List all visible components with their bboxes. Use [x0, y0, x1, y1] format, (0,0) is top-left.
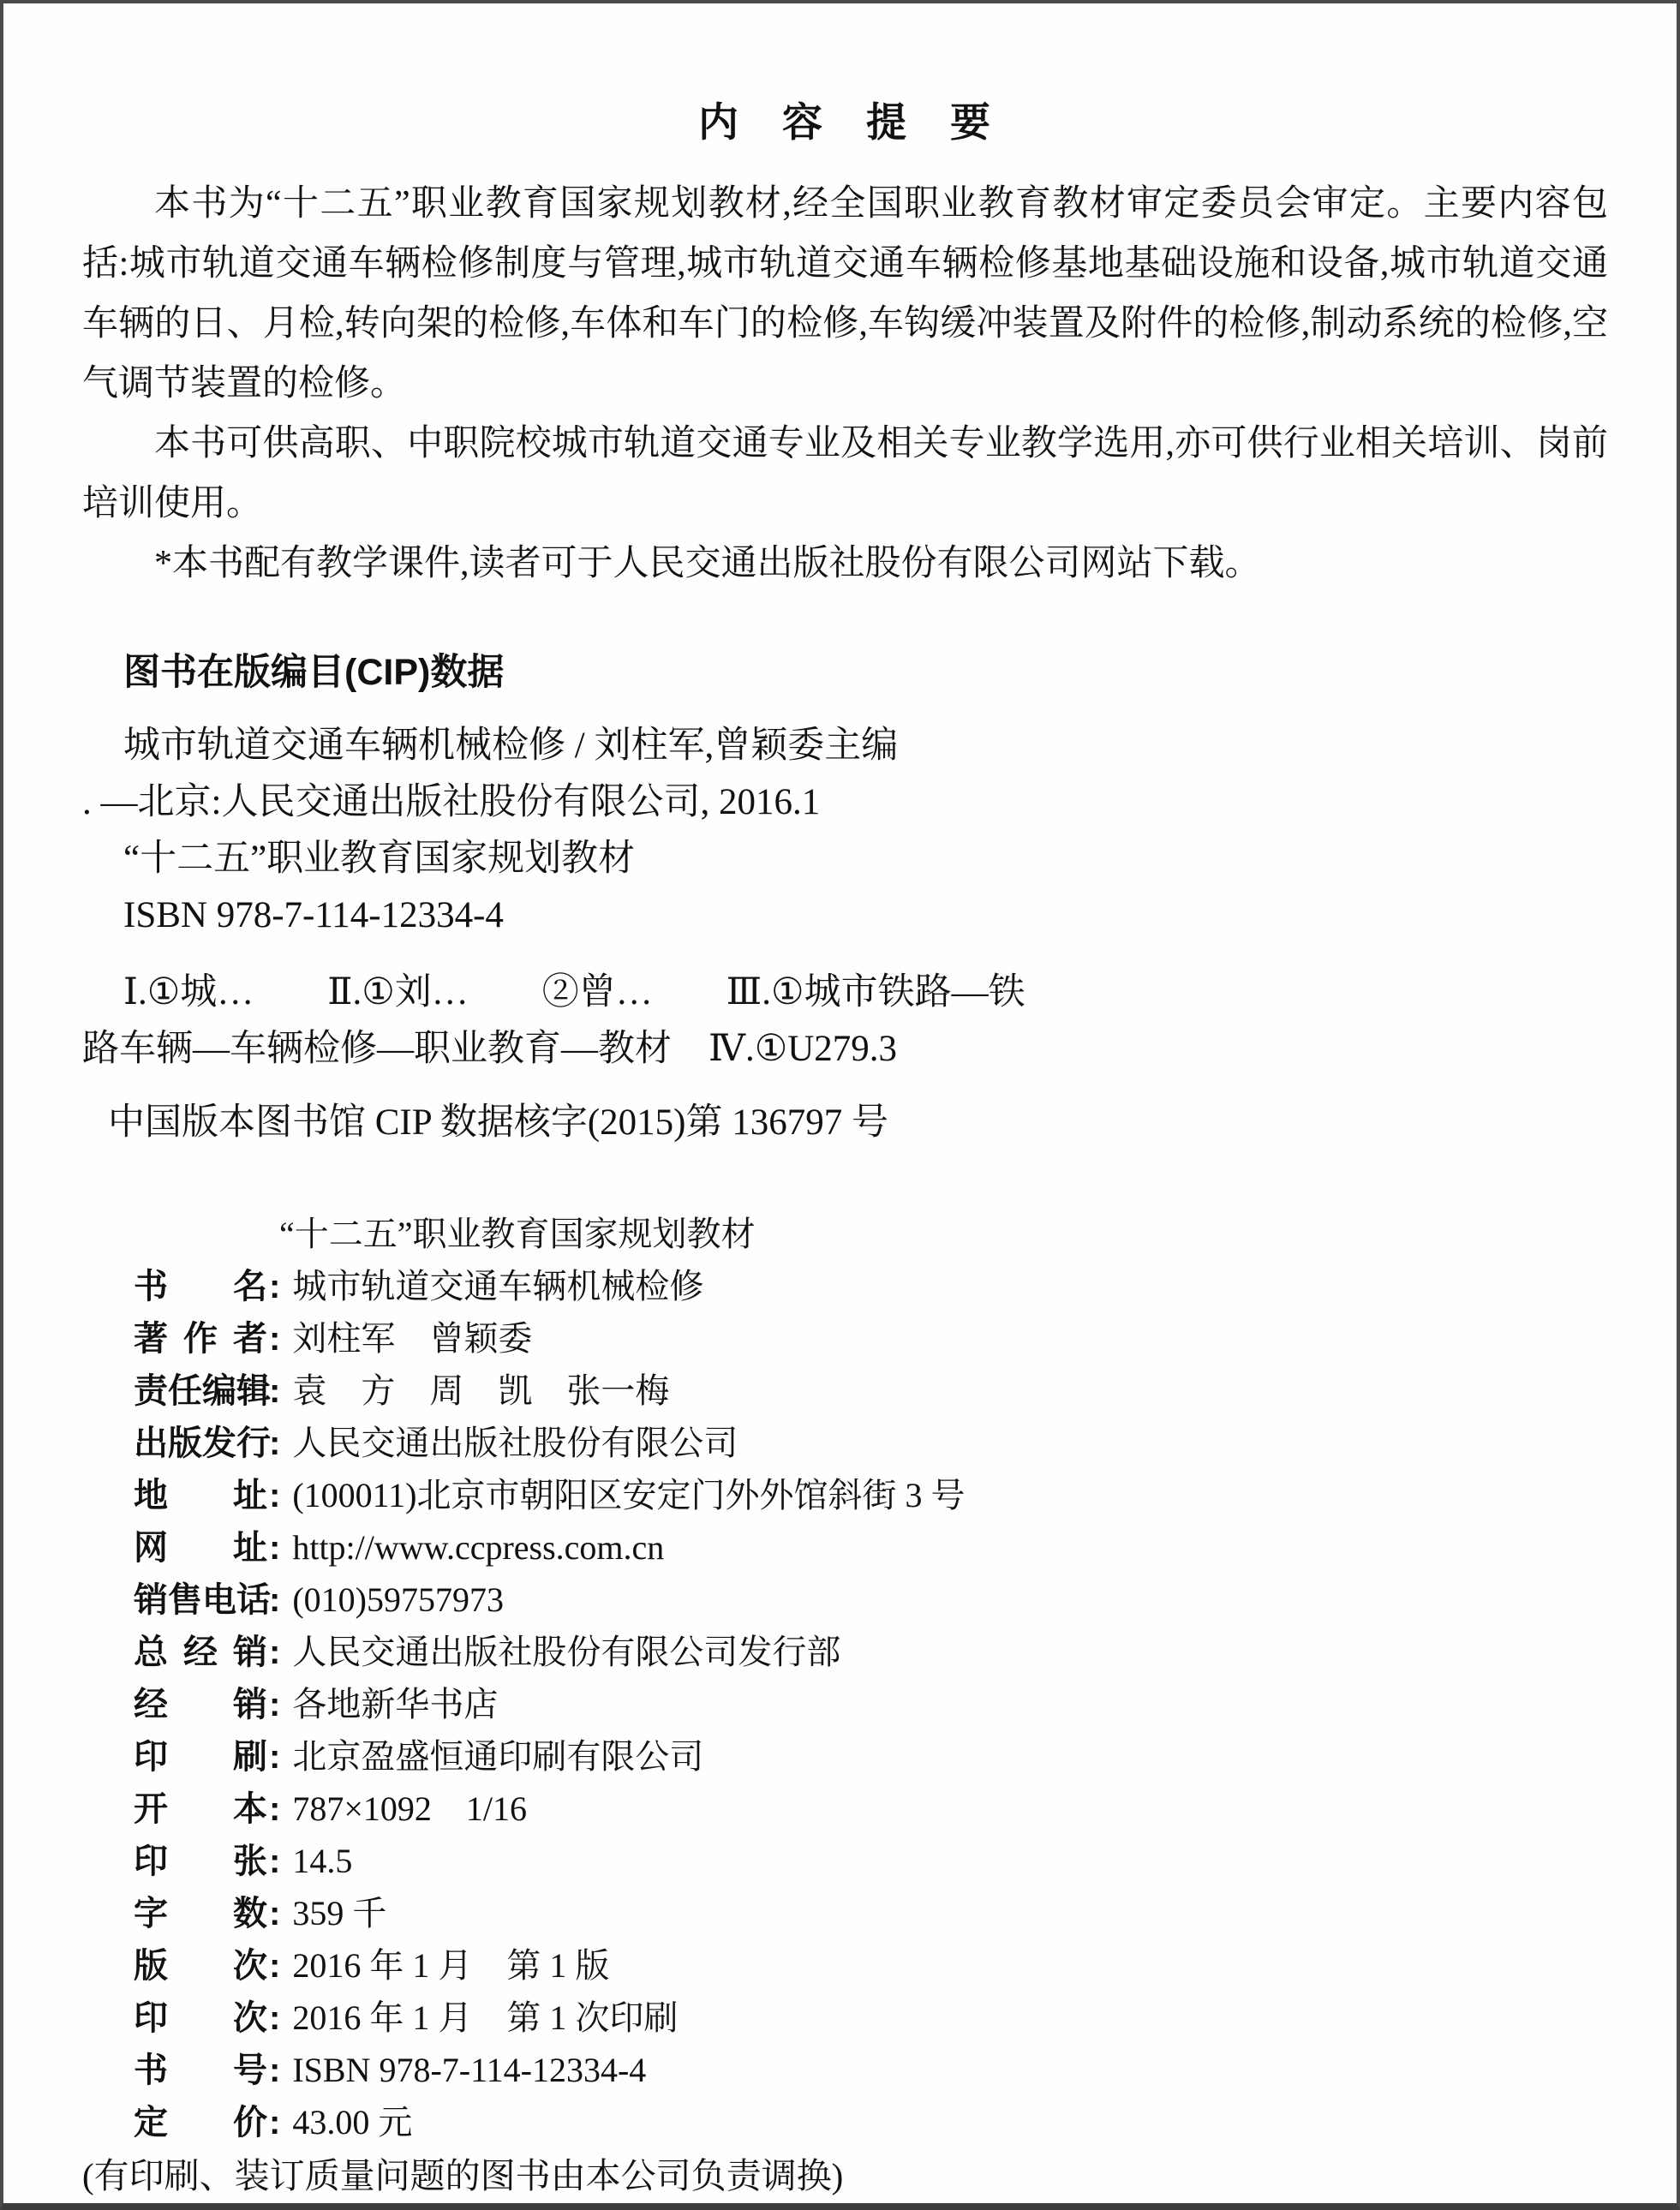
colophon-row-label: 印张 — [134, 1836, 267, 1888]
colophon-row-value: 14.5 — [292, 1835, 352, 1887]
colophon-row-colon: : — [269, 1470, 280, 1522]
colophon-row-value: http://www.ccpress.com.cn — [292, 1521, 664, 1574]
colophon-row-colon: : — [269, 1627, 280, 1679]
colophon-row-value: 人民交通出版社股份有限公司发行部 — [292, 1626, 840, 1678]
colophon-row-label: 印次 — [134, 1992, 267, 2045]
cip-series-line: “十二五”职业教育国家规划教材 — [82, 831, 1608, 887]
colophon-rows: 书名:城市轨道交通车辆机械检修 著作者:刘柱军 曾颖委 责任编辑:袁 方 周 凯… — [82, 1260, 1608, 2148]
colophon-row-colon: : — [269, 2045, 280, 2097]
colophon-row: 印次:2016 年 1 月 第 1 次印刷 — [82, 1992, 1608, 2044]
summary-paragraph-2: 本书可供高职、中职院校城市轨道交通专业及相关专业教学选用,亦可供行业相关培训、岗… — [82, 414, 1608, 534]
colophon-row-value: 787×1092 1/16 — [292, 1783, 527, 1835]
colophon-row-colon: : — [269, 1992, 280, 2045]
content-summary-section: 内 容 提 要 本书为“十二五”职业教育国家规划教材,经全国职业教育教材审定委员… — [82, 91, 1608, 594]
colophon-row-colon: : — [269, 1418, 280, 1470]
cip-title-line: 城市轨道交通车辆机械检修 / 刘柱军,曾颖委主编 — [82, 718, 1608, 774]
colophon-row-colon: : — [269, 1261, 280, 1313]
colophon-row: 总经销:人民交通出版社股份有限公司发行部 — [82, 1626, 1608, 1678]
colophon-row-label: 地址 — [134, 1470, 267, 1522]
colophon-row-value: ISBN 978-7-114-12334-4 — [292, 2044, 646, 2096]
colophon-row: 网址:http://www.ccpress.com.cn — [82, 1521, 1608, 1574]
cip-heading: 图书在版编目(CIP)数据 — [82, 643, 1608, 696]
colophon-row: 书号:ISBN 978-7-114-12334-4 — [82, 2044, 1608, 2096]
colophon-row-value: (010)59757973 — [292, 1574, 504, 1626]
colophon-row-value: 刘柱军 曾颖委 — [292, 1312, 532, 1365]
colophon-row-label: 书名 — [134, 1261, 267, 1313]
colophon-row-label: 著作者 — [134, 1313, 267, 1365]
summary-title: 内 容 提 要 — [82, 91, 1608, 148]
colophon-row-value: 人民交通出版社股份有限公司 — [292, 1417, 738, 1469]
quality-exchange-note: (有印刷、装订质量问题的图书由本公司负责调换) — [82, 2150, 1608, 2202]
colophon-row-colon: : — [269, 2097, 280, 2149]
colophon-row-label: 销售电话 — [134, 1574, 267, 1627]
colophon-row-colon: : — [269, 1836, 280, 1888]
cip-classification-line-2: 路车辆—车辆检修—职业教育—教材 Ⅳ.①U279.3 — [82, 1021, 1608, 1078]
cip-body: 城市轨道交通车辆机械检修 / 刘柱军,曾颖委主编 . —北京:人民交通出版社股份… — [82, 718, 1608, 1151]
colophon-row-value: 袁 方 周 凯 张一梅 — [292, 1365, 669, 1417]
summary-paragraph-1: 本书为“十二五”职业教育国家规划教材,经全国职业教育教材审定委员会审定。主要内容… — [82, 174, 1608, 414]
colophon-row-label: 责任编辑 — [134, 1365, 267, 1418]
colophon-series-title: “十二五”职业教育国家规划教材 — [82, 1208, 1608, 1260]
colophon-row-colon: : — [269, 1522, 280, 1574]
colophon-row: 出版发行:人民交通出版社股份有限公司 — [82, 1417, 1608, 1469]
colophon-row-colon: : — [269, 1365, 280, 1418]
colophon-row-colon: : — [269, 1679, 280, 1731]
colophon-row: 地址:(100011)北京市朝阳区安定门外外馆斜街 3 号 — [82, 1469, 1608, 1521]
colophon-row-label: 出版发行 — [134, 1418, 267, 1470]
colophon-row: 经销:各地新华书店 — [82, 1678, 1608, 1730]
colophon-row: 印刷:北京盈盛恒通印刷有限公司 — [82, 1730, 1608, 1783]
colophon-row-value: 城市轨道交通车辆机械检修 — [292, 1260, 703, 1312]
colophon-row-value: (100011)北京市朝阳区安定门外外馆斜街 3 号 — [292, 1469, 965, 1521]
colophon-row-value: 359 千 — [292, 1887, 386, 1939]
cip-isbn-line: ISBN 978-7-114-12334-4 — [82, 887, 1608, 944]
colophon-row: 销售电话:(010)59757973 — [82, 1574, 1608, 1626]
cip-classification-line-1: Ⅰ.①城… Ⅱ.①刘… ②曾… Ⅲ.①城市铁路—铁 — [82, 965, 1608, 1021]
courseware-note: *本书配有教学课件,读者可于人民交通出版社股份有限公司网站下载。 — [82, 534, 1608, 594]
colophon-row-label: 经销 — [134, 1679, 267, 1731]
colophon-row-value: 各地新华书店 — [292, 1678, 498, 1730]
colophon-row: 字数:359 千 — [82, 1887, 1608, 1939]
colophon-row-label: 网址 — [134, 1522, 267, 1574]
cip-publisher-line: . —北京:人民交通出版社股份有限公司, 2016.1 — [82, 774, 1608, 831]
colophon-row-colon: : — [269, 1888, 280, 1940]
colophon-row-label: 定价 — [134, 2097, 267, 2149]
colophon-row-label: 书号 — [134, 2045, 267, 2097]
colophon-row-colon: : — [269, 1313, 280, 1365]
colophon-row-value: 2016 年 1 月 第 1 版 — [292, 1939, 609, 1992]
colophon-section: “十二五”职业教育国家规划教材 书名:城市轨道交通车辆机械检修 著作者:刘柱军 … — [82, 1208, 1608, 2148]
colophon-row-colon: : — [269, 1940, 280, 1992]
summary-paragraphs: 本书为“十二五”职业教育国家规划教材,经全国职业教育教材审定委员会审定。主要内容… — [82, 174, 1608, 594]
page-content: 内 容 提 要 本书为“十二五”职业教育国家规划教材,经全国职业教育教材审定委员… — [3, 91, 1677, 2202]
colophon-row-value: 北京盈盛恒通印刷有限公司 — [292, 1730, 703, 1783]
colophon-row-label: 字数 — [134, 1888, 267, 1940]
colophon-row-label: 总经销 — [134, 1627, 267, 1679]
colophon-row-label: 开本 — [134, 1783, 267, 1836]
colophon-row-colon: : — [269, 1731, 280, 1783]
colophon-row: 开本:787×1092 1/16 — [82, 1783, 1608, 1835]
colophon-row: 版次:2016 年 1 月 第 1 版 — [82, 1939, 1608, 1992]
colophon-row: 著作者:刘柱军 曾颖委 — [82, 1312, 1608, 1365]
colophon-row: 责任编辑:袁 方 周 凯 张一梅 — [82, 1365, 1608, 1417]
colophon-row-value: 43.00 元 — [292, 2096, 412, 2148]
colophon-row-colon: : — [269, 1783, 280, 1836]
colophon-row: 书名:城市轨道交通车辆机械检修 — [82, 1260, 1608, 1312]
colophon-row-label: 印刷 — [134, 1731, 267, 1783]
book-copyright-page: 内 容 提 要 本书为“十二五”职业教育国家规划教材,经全国职业教育教材审定委员… — [0, 0, 1680, 2210]
colophon-row: 定价:43.00 元 — [82, 2096, 1608, 2148]
cip-data-section: 图书在版编目(CIP)数据 城市轨道交通车辆机械检修 / 刘柱军,曾颖委主编 .… — [82, 643, 1608, 1151]
colophon-row: 印张:14.5 — [82, 1835, 1608, 1887]
colophon-row-value: 2016 年 1 月 第 1 次印刷 — [292, 1992, 678, 2044]
colophon-row-label: 版次 — [134, 1940, 267, 1992]
colophon-row-colon: : — [269, 1574, 280, 1627]
cip-record-number-line: 中国版本图书馆 CIP 数据核字(2015)第 136797 号 — [82, 1095, 1608, 1151]
